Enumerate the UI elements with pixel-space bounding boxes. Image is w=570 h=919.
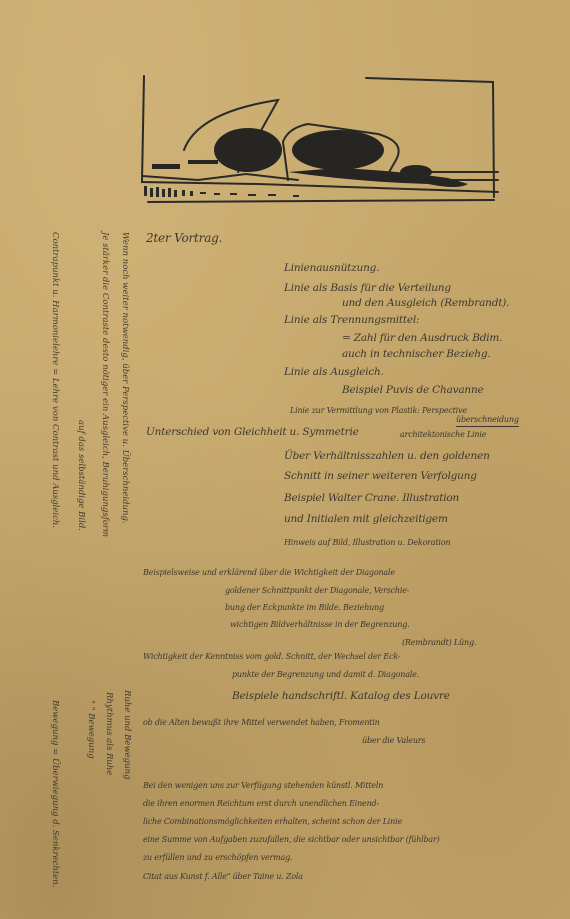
text-line: (Rembrandt) Lüng. [402,636,476,649]
text-line: über die Valeurs [362,734,425,747]
text-line: wichtigen Bildverhältnisse in der Begren… [230,618,410,631]
margin-note: Rhythmus als Ruhe [104,692,114,775]
text-line: Linie als Basis für die Verteilung [284,282,451,295]
margin-note: Contrapunkt u. Harmonielehre = Lehre von… [50,232,60,528]
text-line: Beispiel Puvis de Chavanne [342,384,484,397]
text-line: Linie als Trennungsmittel: [284,314,419,327]
margin-note: Bewegung = Überwiegung d. Senkrechten. [50,700,60,887]
text-line: Beispielsweise und erklärend über die Wi… [143,566,395,579]
text-line: goldener Schnittpunkt der Diagonale, Ver… [225,584,409,597]
text-line: Beispiele handschriftl. Katalog des Louv… [232,690,450,703]
text-line: ob die Alten bewußt ihre Mittel verwende… [143,716,380,729]
text-line: Über Verhältnisszahlen u. den goldenen [284,450,490,463]
text-line-underlined: überschneidung [456,413,519,427]
margin-note: Ruhe und Bewegung [122,690,132,780]
text-line: liche Combinationsmöglichkeiten erhalten… [143,815,402,828]
margin-note: Wenn noch weiter notwendig, über Perspec… [120,232,130,524]
margin-note: Je stärker die Contraste desto nötiger e… [100,232,110,537]
text-line: Linienausnützung. [284,262,379,275]
text-line: zu erfüllen und zu erschöpfen vermag. [143,851,292,864]
landscape-sketch-icon [138,72,500,212]
text-line: Beispiel Walter Crane. Illustration [284,492,459,505]
text-line: die ihren enormen Reichtum erst durch un… [143,797,379,810]
text-line: Hinweis auf Bild, Illustration u. Dekora… [284,536,450,549]
margin-note: auf das selbständige Bild. [76,420,86,531]
text-line: Schnitt in seiner weiteren Verfolgung [284,470,477,483]
text-line: punkte der Begrenzung und damit d. Diago… [232,668,419,681]
text-line: Linie als Ausgleich. [284,366,384,379]
text-line: eine Summe von Aufgaben zuzufallen, die … [143,833,440,846]
text-line: Unterschied von Gleichheit u. Symmetrie [146,426,359,439]
margin-note: " " Bewegung [86,700,96,759]
text-line: Citat aus Kunst f. Alle" über Taine u. Z… [143,870,303,883]
text-line: bung der Eckpunkte im Bilde. Beziehung [225,601,384,614]
text-line: auch in technischer Beziehg. [342,348,491,361]
text-line: Wichtigkeit der Kenntniss vom gold. Schn… [143,650,400,663]
text-line: Linie zur Vermittlung von Plastik: Persp… [290,404,467,417]
text-line: architektonische Linie [400,428,486,441]
text-line: und Initialen mit gleichzeitigem [284,513,448,526]
text-line: und den Ausgleich (Rembrandt). [342,297,509,310]
text-line: = Zahl für den Ausdruck Bdim. [342,332,502,345]
text-line: Bei den wenigen uns zur Verfügung stehen… [143,779,383,792]
lecture-heading: 2ter Vortrag. [146,232,222,245]
